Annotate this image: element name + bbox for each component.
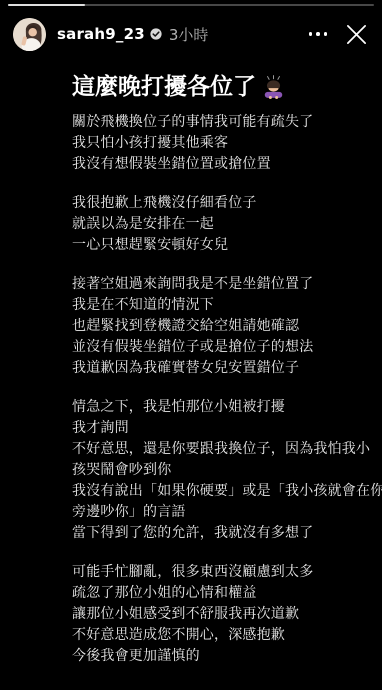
story-screen: sarah9_23 3小時 這麼晚打擾各位了 [0, 0, 382, 690]
story-line: 情急之下，我是怕那位小姐被打擾 [72, 397, 372, 418]
story-timestamp: 3小時 [169, 24, 209, 45]
story-line: 當下得到了您的允許，我就沒有多想了 [72, 523, 372, 544]
story-paragraph: 可能手忙腳亂，很多東西沒顧慮到太多疏忽了那位小姐的心情和權益讓那位小姐感受到不舒… [72, 562, 372, 667]
story-content: 這麼晚打擾各位了 關於飛機換位子的事情我可能有疏失了我只怕小孩打擾其他乘客我沒有… [72, 72, 372, 667]
story-line: 不好意思造成您不開心，深感抱歉 [72, 625, 372, 646]
story-paragraph: 情急之下，我是怕那位小姐被打擾我才詢問不好意思，還是你要跟我換位子，因為我怕我小… [72, 397, 372, 544]
story-header: sarah9_23 3小時 [13, 17, 374, 51]
story-line: 我道歉因為我確實替女兒安置錯位子 [72, 358, 372, 379]
story-line: 我是在不知道的情況下 [72, 295, 372, 316]
story-line: 不好意思，還是你要跟我換位子，因為我怕我小 [72, 439, 372, 460]
more-options-icon [309, 32, 328, 36]
story-line: 我沒有說出「如果你硬要」或是「我小孩就會在你 [72, 481, 372, 502]
story-line: 就誤以為是安排在一起 [72, 214, 372, 235]
story-progress-bar [8, 4, 374, 6]
story-paragraph: 關於飛機換位子的事情我可能有疏失了我只怕小孩打擾其他乘客我沒有想假裝坐錯位置或搶… [72, 112, 372, 175]
story-title-text: 這麼晚打擾各位了 [72, 72, 256, 102]
story-line: 孩哭鬧會吵到你 [72, 460, 372, 481]
avatar-photo [13, 18, 46, 51]
username[interactable]: sarah9_23 [57, 25, 145, 43]
more-options-button[interactable] [303, 26, 334, 42]
story-line: 旁邊吵你」的言語 [72, 502, 372, 523]
story-line: 可能手忙腳亂，很多東西沒顧慮到太多 [72, 562, 372, 583]
story-title: 這麼晚打擾各位了 [72, 72, 372, 102]
story-line: 我沒有想假裝坐錯位置或搶位置 [72, 154, 372, 175]
progress-fill [8, 4, 85, 6]
story-line: 接著空姐過來詢問我是不是坐錯位置了 [72, 274, 372, 295]
story-line: 一心只想趕緊安頓好女兒 [72, 235, 372, 256]
story-line: 讓那位小姐感受到不舒服我再次道歉 [72, 604, 372, 625]
story-line: 也趕緊找到登機證交給空姐請她確認 [72, 316, 372, 337]
story-line: 疏忽了那位小姐的心情和權益 [72, 583, 372, 604]
story-paragraph: 接著空姐過來詢問我是不是坐錯位置了我是在不知道的情況下也趕緊找到登機證交給空姐請… [72, 274, 372, 379]
story-line: 關於飛機換位子的事情我可能有疏失了 [72, 112, 372, 133]
story-body: 關於飛機換位子的事情我可能有疏失了我只怕小孩打擾其他乘客我沒有想假裝坐錯位置或搶… [72, 112, 372, 667]
story-paragraph: 我很抱歉上飛機沒仔細看位子就誤以為是安排在一起一心只想趕緊安頓好女兒 [72, 193, 372, 256]
verified-badge-icon [150, 28, 162, 40]
story-line: 我很抱歉上飛機沒仔細看位子 [72, 193, 372, 214]
close-button[interactable] [339, 17, 374, 52]
avatar[interactable] [13, 18, 46, 51]
person-bowing-emoji-icon [261, 70, 286, 108]
story-line: 我才詢問 [72, 418, 372, 439]
close-icon [345, 23, 368, 46]
story-line: 我只怕小孩打擾其他乘客 [72, 133, 372, 154]
story-line: 今後我會更加謹慎的 [72, 646, 372, 667]
story-line: 並沒有假裝坐錯位子或是搶位子的想法 [72, 337, 372, 358]
